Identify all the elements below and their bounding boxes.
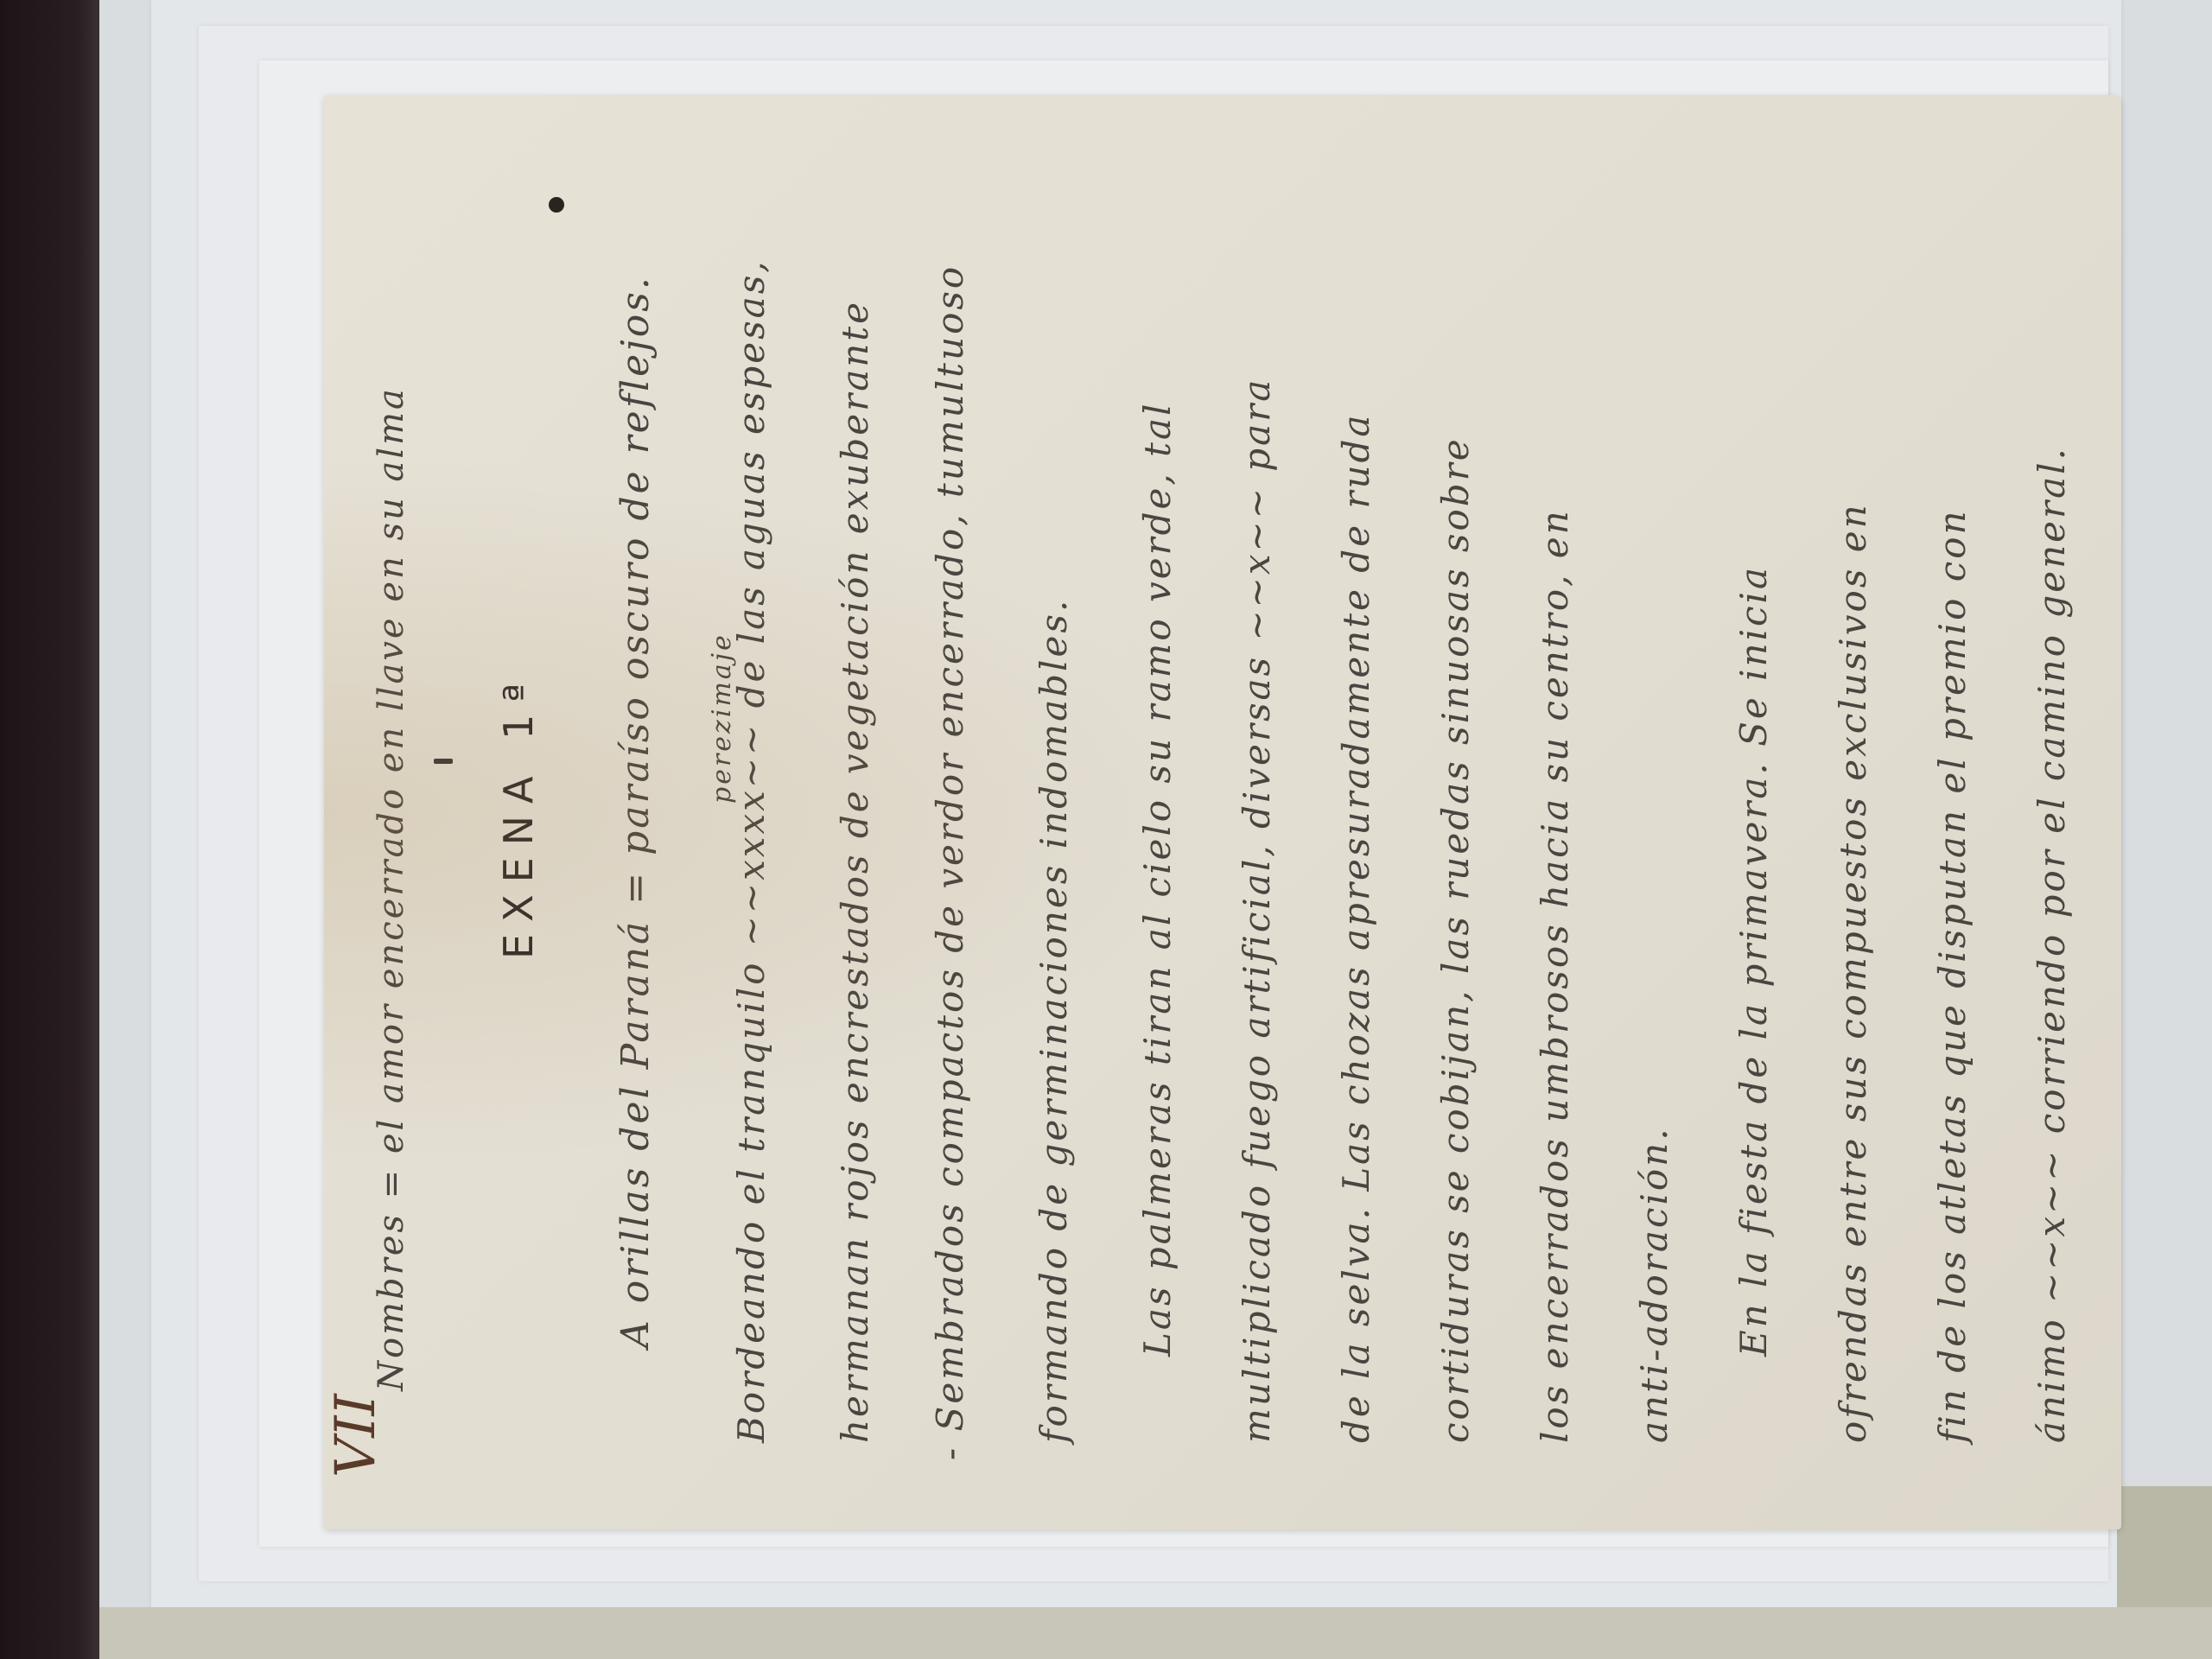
text-line: cortiduras se cobijan, las ruedas sinuos… xyxy=(1434,436,1477,1443)
text-line: Las palmeras tiran al cielo su ramo verd… xyxy=(1136,402,1179,1357)
text-line: A orillas del Paraná = paraíso oscuro de… xyxy=(613,275,658,1348)
text-line: - Sembrados compactos de verdor encerrad… xyxy=(929,264,971,1460)
table-surface xyxy=(99,1607,2212,1659)
text-line: ofrendas entre sus compuestos exclusivos… xyxy=(1832,502,1874,1443)
text-line: Bordeando el tranquilo ~~xxxx~~ de las a… xyxy=(730,258,772,1443)
scene-title: EXENA 1ª xyxy=(495,671,542,959)
text-line: de la selva. Las chozas apresuradamente … xyxy=(1335,413,1377,1443)
text-line: hermanan rojos encrestados de vegetación… xyxy=(834,300,876,1443)
manuscript-page: VII Nombres = el amor encerrado en llave… xyxy=(324,95,2121,1529)
text-line: ánimo ~~x~~ corriendo por el camino gene… xyxy=(2031,446,2073,1443)
page-mark: VII xyxy=(324,1394,388,1478)
text-line: formando de germinaciones indomables. xyxy=(1033,598,1075,1443)
text-line: anti-adoración. xyxy=(1633,1126,1675,1443)
dark-background-band xyxy=(0,0,99,1659)
separator-dash xyxy=(434,759,453,764)
margin-note: Nombres = el amor encerrado en llave en … xyxy=(372,386,411,1391)
text-line: multiplicado fuego artificial, diversas … xyxy=(1236,378,1278,1443)
text-line: fin de los atletas que disputan el premi… xyxy=(1931,508,1974,1443)
ink-blot xyxy=(549,197,564,213)
text-line: En la fiesta de la primavera. Se inicia xyxy=(1732,565,1775,1357)
text-line: los encerrados umbrosos hacia su centro,… xyxy=(1534,508,1576,1443)
